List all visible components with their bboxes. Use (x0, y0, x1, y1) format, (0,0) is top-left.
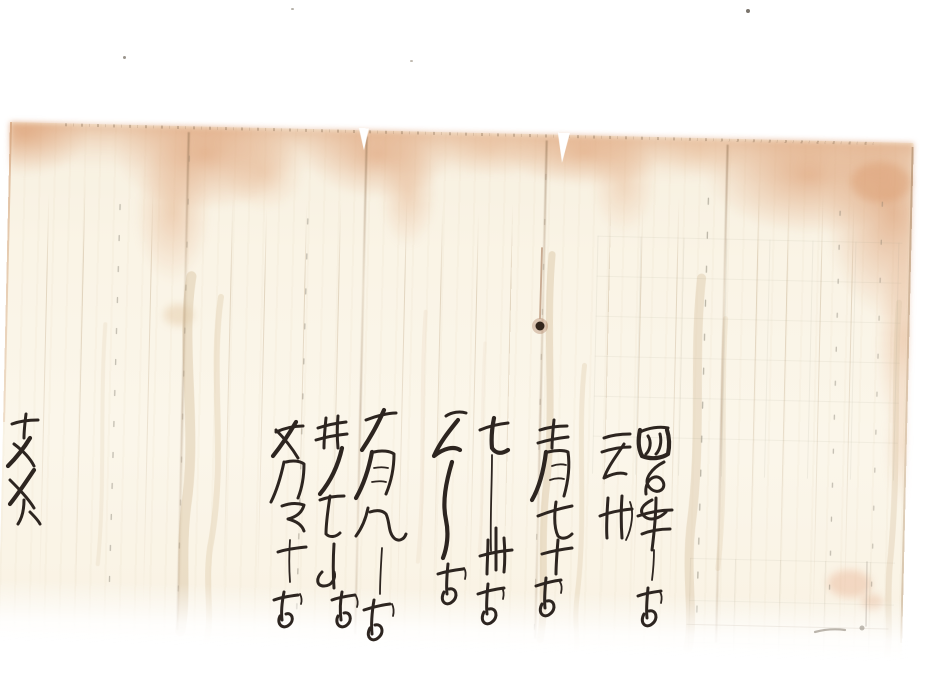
text-column (356, 410, 406, 640)
dust-speck (410, 60, 413, 62)
text-column (8, 414, 40, 524)
text-column (600, 434, 632, 540)
text-column (271, 422, 306, 627)
calligraphy-layer (0, 0, 950, 690)
text-column (638, 427, 672, 626)
ink-blot (532, 248, 548, 334)
text-column (434, 412, 466, 604)
text-column (316, 416, 358, 627)
dust-speck (746, 9, 750, 13)
text-column (478, 418, 512, 624)
dust-speck (291, 8, 294, 10)
text-column (532, 420, 572, 616)
dust-speck (123, 56, 126, 59)
scanner-background: 四ヶ条五十お 三ヶ冊 青月七十お 七十五出お 久らしお 左月九十お 廿三月五よお… (0, 0, 950, 690)
pencil-smudge (815, 562, 867, 632)
